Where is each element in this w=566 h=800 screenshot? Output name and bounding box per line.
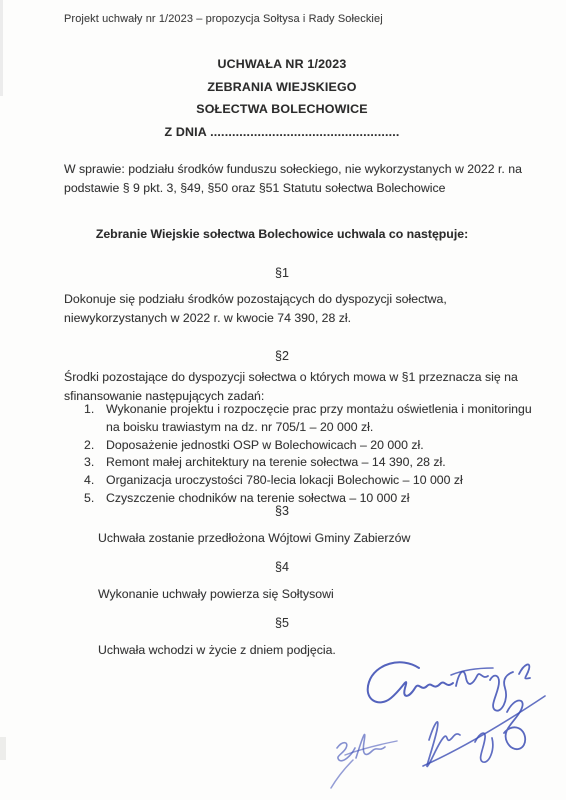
- task-item-4: 4. Organizacja uroczystości 780-lecia lo…: [84, 472, 524, 490]
- section-5-text: Uchwała wchodzi w życie z dniem podjęcia…: [98, 643, 336, 657]
- scan-artifact-smudge: [0, 737, 6, 760]
- task-number: 3.: [84, 454, 106, 472]
- title-line-date: Z DNIA .................................…: [56, 121, 508, 144]
- subject-paragraph: W sprawie: podziału środków funduszu soł…: [64, 160, 524, 198]
- resolution-intro: Zebranie Wiejskie sołectwa Bolechowice u…: [56, 227, 508, 241]
- task-item-1: 1. Wykonanie projektu i rozpoczęcie prac…: [84, 401, 524, 437]
- task-number: 2.: [84, 437, 106, 455]
- task-list: 1. Wykonanie projektu i rozpoczęcie prac…: [84, 401, 524, 508]
- task-text: Organizacja uroczystości 780-lecia lokac…: [106, 472, 463, 490]
- task-text: Wykonanie projektu i rozpoczęcie prac pr…: [106, 401, 532, 437]
- section-mark-1: §1: [56, 266, 508, 280]
- subject-line-1: W sprawie: podziału środków funduszu soł…: [64, 160, 524, 179]
- task-text: Doposażenie jednostki OSP w Bolechowicac…: [106, 437, 424, 455]
- section-2-line-1: Środki pozostające do dyspozycji sołectw…: [64, 368, 524, 387]
- subject-line-2: podstawie § 9 pkt. 3, §49, §50 oraz §51 …: [64, 179, 524, 198]
- section-1-line-1: Dokonuje się podziału środków pozostając…: [64, 290, 524, 309]
- section-mark-5: §5: [56, 616, 508, 630]
- task-text: Remont małej architektury na terenie soł…: [106, 454, 446, 472]
- section-mark-4: §4: [56, 560, 508, 574]
- signature-ink-icon: [323, 648, 561, 798]
- scanned-resolution-document: Projekt uchwały nr 1/2023 – propozycja S…: [0, 0, 566, 800]
- section-4-text: Wykonanie uchwały powierza się Sołtysowi: [98, 587, 334, 601]
- section-mark-3: §3: [56, 504, 508, 518]
- task-number: 4.: [84, 472, 106, 490]
- title-line-body: ZEBRANIA WIEJSKIEGO: [56, 76, 508, 99]
- section-1-paragraph: Dokonuje się podziału środków pozostając…: [64, 290, 524, 328]
- scan-artifact-edge: [0, 0, 3, 96]
- section-mark-2: §2: [56, 349, 508, 363]
- handwritten-signature: [323, 648, 561, 798]
- section-1-line-2: niewykorzystanych w 2022 r. w kwocie 74 …: [64, 309, 524, 328]
- draft-note: Projekt uchwały nr 1/2023 – propozycja S…: [64, 13, 383, 25]
- title-line-number: UCHWAŁA NR 1/2023: [56, 53, 508, 76]
- task-item-2: 2. Doposażenie jednostki OSP w Bolechowi…: [84, 437, 524, 455]
- section-3-text: Uchwała zostanie przedłożona Wójtowi Gmi…: [98, 531, 410, 545]
- task-number: 1.: [84, 401, 106, 419]
- document-title: UCHWAŁA NR 1/2023 ZEBRANIA WIEJSKIEGO SO…: [56, 53, 508, 143]
- task-item-3: 3. Remont małej architektury na terenie …: [84, 454, 524, 472]
- title-line-village: SOŁECTWA BOLECHOWICE: [56, 98, 508, 121]
